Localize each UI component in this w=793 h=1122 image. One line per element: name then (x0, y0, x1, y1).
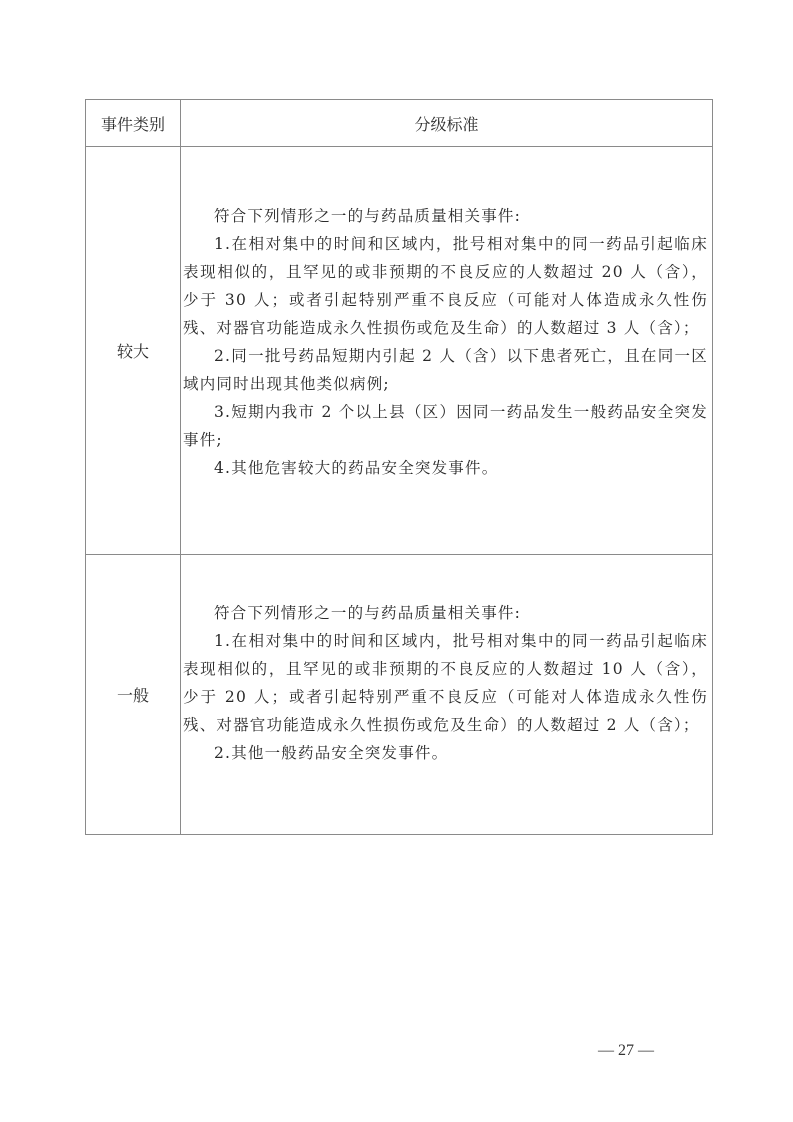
paragraph: 4.其他危害较大的药品安全突发事件。 (183, 454, 708, 482)
standard-cell: 符合下列情形之一的与药品质量相关事件: 1.在相对集中的时间和区域内，批号相对集… (181, 555, 712, 834)
category-cell: 一般 (86, 555, 181, 834)
header-grading-standard: 分级标准 (181, 100, 712, 146)
table-row-major: 较大 符合下列情形之一的与药品质量相关事件: 1.在相对集中的时间和区域内，批号… (86, 147, 712, 555)
page-number: — 27 — (598, 1042, 654, 1060)
paragraph: 1.在相对集中的时间和区域内，批号相对集中的同一药品引起临床表现相似的，且罕见的… (183, 627, 708, 739)
paragraph: 2.同一批号药品短期内引起 2 人（含）以下患者死亡，且在同一区域内同时出现其他… (183, 342, 708, 398)
paragraph: 3.短期内我市 2 个以上县（区）因同一药品发生一般药品安全突发事件; (183, 398, 708, 454)
paragraph: 2.其他一般药品安全突发事件。 (183, 739, 708, 767)
grading-table: 事件类别 分级标准 较大 符合下列情形之一的与药品质量相关事件: 1.在相对集中… (85, 99, 713, 835)
header-event-category: 事件类别 (86, 100, 181, 146)
table-header-row: 事件类别 分级标准 (86, 100, 712, 147)
table-row-general: 一般 符合下列情形之一的与药品质量相关事件: 1.在相对集中的时间和区域内，批号… (86, 555, 712, 834)
category-cell: 较大 (86, 147, 181, 554)
paragraph: 符合下列情形之一的与药品质量相关事件: (183, 599, 708, 627)
standard-cell: 符合下列情形之一的与药品质量相关事件: 1.在相对集中的时间和区域内，批号相对集… (181, 147, 712, 554)
paragraph: 符合下列情形之一的与药品质量相关事件: (183, 202, 708, 230)
paragraph: 1.在相对集中的时间和区域内，批号相对集中的同一药品引起临床表现相似的，且罕见的… (183, 230, 708, 342)
